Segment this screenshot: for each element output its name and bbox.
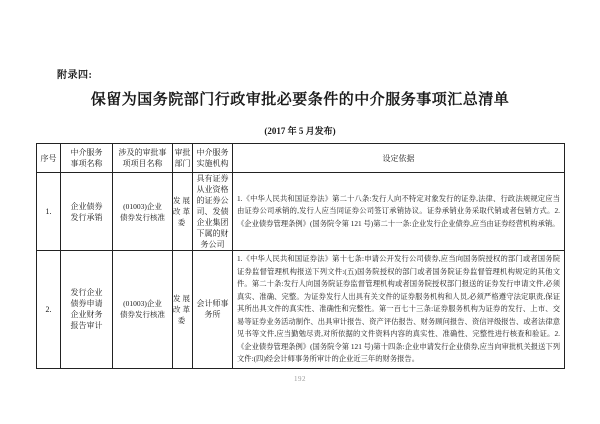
- table-header-row: 序号 中介服务 事项名称 涉及的审批事 项项目名称 审批 部门 中介服务 实施机…: [37, 144, 565, 173]
- cell-agency: 具有证券 从业资格 的证券公 司、发债 企业集团 下属的财 务公司: [193, 173, 233, 251]
- col-header-approval-item: 涉及的审批事 项项目名称: [113, 144, 173, 173]
- col-header-department: 审批 部门: [173, 144, 193, 173]
- cell-agency: 会计师事 务所: [193, 251, 233, 369]
- cell-department: 发展 改革 委: [173, 251, 193, 369]
- col-header-agency: 中介服务 实施机构: [193, 144, 233, 173]
- page-number: 192: [0, 375, 600, 383]
- intermediary-services-table: 序号 中介服务 事项名称 涉及的审批事 项项目名称 审批 部门 中介服务 实施机…: [36, 143, 565, 369]
- cell-basis: 1.《中华人民共和国证券法》第十七条:申请公开发行公司债券,应当向国务院授权的部…: [233, 251, 565, 369]
- cell-approval-item: (01003)企业 债券发行核准: [113, 173, 173, 251]
- cell-seq: 1.: [37, 173, 61, 251]
- cell-seq: 2.: [37, 251, 61, 369]
- col-header-seq: 序号: [37, 144, 61, 173]
- col-header-service-item: 中介服务 事项名称: [61, 144, 113, 173]
- appendix-label: 附录四:: [57, 66, 92, 81]
- cell-service-item: 发行企业 债券申请 企业财务 报告审计: [61, 251, 113, 369]
- cell-service-item: 企业债券 发行承销: [61, 173, 113, 251]
- table-row-1: 1. 企业债券 发行承销 (01003)企业 债券发行核准 发展 改革 委 具有…: [37, 173, 565, 251]
- page-subtitle: (2017 年 5 月发布): [0, 124, 600, 137]
- table-row-2: 2. 发行企业 债券申请 企业财务 报告审计 (01003)企业 债券发行核准 …: [37, 251, 565, 369]
- page-title: 保留为国务院部门行政审批必要条件的中介服务事项汇总清单: [0, 88, 600, 109]
- cell-basis: 1.《中华人民共和国证券法》第二十八条:发行人向不特定对象发行的证券,法律、行政…: [233, 173, 565, 251]
- cell-approval-item: (01003)企业 债券发行核准: [113, 251, 173, 369]
- cell-department: 发展 改革 委: [173, 173, 193, 251]
- col-header-basis: 设定依据: [233, 144, 565, 173]
